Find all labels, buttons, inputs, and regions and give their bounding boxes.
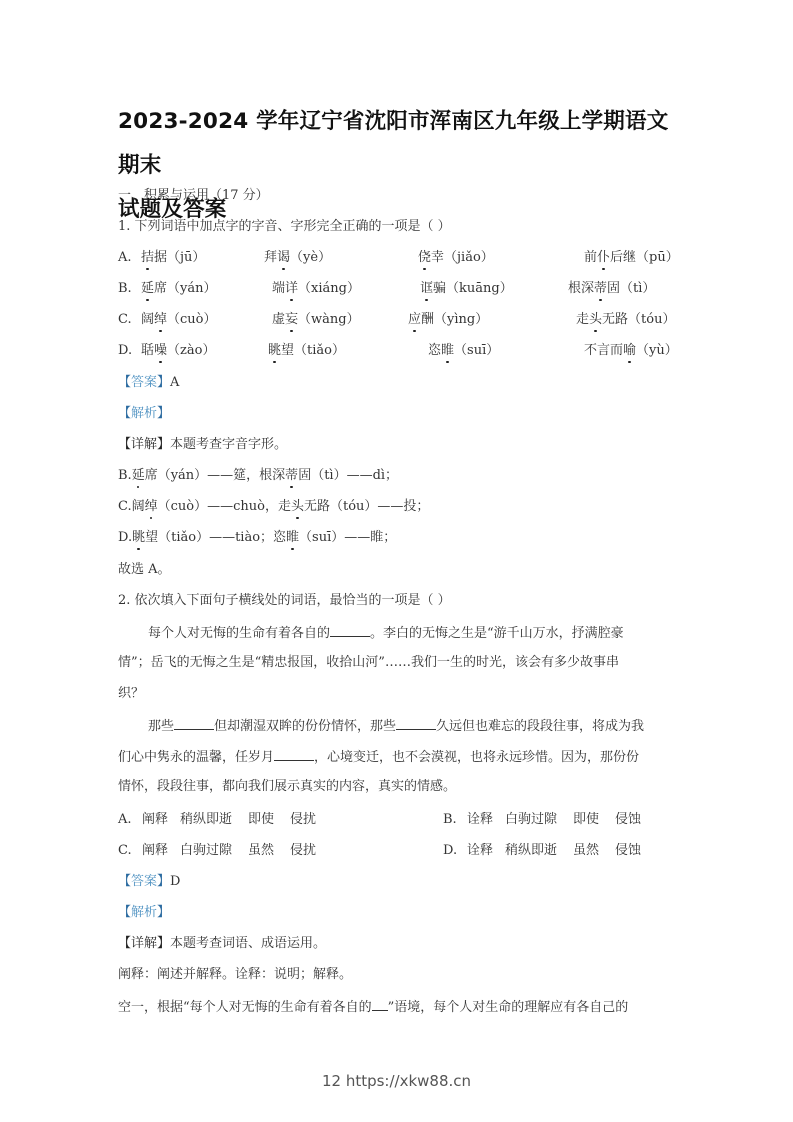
option-word: 延席（yán）	[141, 280, 216, 298]
inline-blank	[372, 997, 388, 1011]
option-word: 阐释	[142, 842, 168, 860]
option-word: 侵蚀	[615, 811, 641, 829]
q2-stem: 2. 依次填入下面句子横线处的词语，最恰当的一项是（ ）	[118, 592, 451, 610]
option-word: 白驹过隙	[180, 842, 232, 860]
option-word: 侵扰	[290, 842, 316, 860]
option-word: 稍纵即逝	[505, 842, 557, 860]
answer-tag: 【答案】	[118, 375, 170, 390]
emphasis-dot-char: 延	[132, 468, 145, 483]
answer-value: D	[170, 874, 180, 889]
option-word: 侥幸（jiǎo）	[418, 249, 494, 267]
option-word: 诠释	[467, 842, 493, 860]
option-word: 虽然	[573, 842, 599, 860]
emphasis-dot-char: 眺	[268, 343, 281, 358]
section-heading: 一、积累与运用（17 分）	[118, 187, 269, 205]
detail-line: D.眺望（tiǎo）——tiào；恣睢（suī）——睢；	[118, 529, 396, 547]
emphasis-dot-char: 绰	[145, 499, 158, 514]
emphasis-dot-char: 喻	[623, 343, 636, 358]
fill-blank-1	[330, 623, 370, 637]
q1-conclusion: 故选 A。	[118, 561, 171, 579]
title-line-1: 2023-2024 学年辽宁省沈阳市浑南区九年级上学期语文期末	[118, 100, 688, 188]
q2-analysis-tag: 【解析】	[118, 904, 170, 922]
option-word: 阔绰（cuò）	[141, 311, 217, 329]
option-word: 虽然	[248, 842, 274, 860]
option-word: 应酬（yìng）	[408, 311, 488, 329]
option-label: A.	[118, 811, 132, 829]
option-word: 侵扰	[290, 811, 316, 829]
option-word: 走头无路（tóu）	[576, 311, 675, 329]
option-label: B.	[443, 811, 457, 829]
emphasis-dot-char: 仆	[597, 250, 610, 265]
emphasis-dot-char: 蒂	[594, 281, 607, 296]
emphasis-dot-char: 侥	[418, 250, 431, 265]
q2-para1-line2: 情”；岳飞的无悔之生是“精忠报国，收拾山河”……我们一生的时光，该会有多少故事串	[118, 654, 619, 672]
option-word: 白驹过隙	[505, 811, 557, 829]
option-label: A.	[118, 249, 132, 267]
emphasis-dot-char: 详	[285, 281, 298, 296]
detail-line: C.阔绰（cuò）——chuò，走头无路（tóu）——投；	[118, 498, 429, 516]
fill-blank-4	[274, 747, 314, 761]
emphasis-dot-char: 睢	[286, 530, 299, 545]
option-word: 不言而喻（yù）	[584, 342, 678, 360]
emphasis-dot-char: 睢	[441, 343, 454, 358]
option-word: 根深蒂固（tì）	[568, 280, 655, 298]
q2-blank1-analysis: 空一，根据“每个人对无悔的生命有着各自的”语境，每个人对生命的理解应有各自己的	[118, 997, 628, 1017]
fill-blank-3	[396, 716, 436, 730]
emphasis-dot-char: 妄	[285, 312, 298, 327]
option-word: 端详（xiáng）	[272, 280, 360, 298]
q2-para2-line3: 情怀，段段往事，都向我们展示真实的内容，真实的情感。	[118, 778, 456, 796]
option-label: C.	[118, 842, 132, 860]
q1-stem: 1. 下列词语中加点字的字音、字形完全正确的一项是（ ）	[118, 218, 451, 236]
option-word: 即使	[573, 811, 599, 829]
emphasis-dot-char: 拮	[141, 250, 154, 265]
answer-value: A	[170, 375, 179, 390]
emphasis-dot-char: 头	[589, 312, 602, 327]
document-title: 2023-2024 学年辽宁省沈阳市浑南区九年级上学期语文期末 试题及答案	[118, 100, 688, 232]
q1-answer: 【答案】A	[118, 374, 179, 392]
option-word: 诠释	[467, 811, 493, 829]
option-word: 聒噪（zào）	[141, 342, 215, 360]
page-footer: 12 https://xkw88.cn	[0, 1072, 793, 1090]
emphasis-dot-char: 谒	[277, 250, 290, 265]
option-word: 拜谒（yè）	[264, 249, 331, 267]
option-label: C.	[118, 311, 132, 329]
option-label: B.	[118, 280, 132, 298]
option-word: 前仆后继（pū）	[584, 249, 679, 267]
option-word: 拮据（jū）	[141, 249, 205, 267]
q2-answer: 【答案】D	[118, 873, 180, 891]
footer-url[interactable]: https://xkw88.cn	[346, 1072, 471, 1090]
emphasis-dot-char: 应	[408, 312, 421, 327]
q1-detail: 【详解】本题考查字音字形。	[118, 436, 287, 454]
detail-line: B.延席（yán）——筵，根深蒂固（tì）——dì；	[118, 467, 398, 485]
q1-analysis-tag: 【解析】	[118, 405, 170, 423]
emphasis-dot-char: 蒂	[285, 468, 298, 483]
q2-definitions: 阐释：阐述并解释。诠释：说明；解释。	[118, 966, 352, 984]
emphasis-dot-char: 绰	[154, 312, 167, 327]
q2-para2-line2: 们心中隽永的温馨，任岁月，心境变迁，也不会漠视，也将永远珍惜。因为，那份份	[118, 747, 639, 767]
option-word: 虚妄（wàng）	[272, 311, 360, 329]
q2-para2-line1: 那些但却潮湿双眸的份份情怀，那些久远但也难忘的段段往事，将成为我	[148, 716, 644, 736]
option-word: 恣睢（suī）	[428, 342, 499, 360]
q2-detail: 【详解】本题考查词语、成语运用。	[118, 935, 326, 953]
option-word: 眺望（tiǎo）	[268, 342, 345, 360]
option-word: 即使	[248, 811, 274, 829]
emphasis-dot-char: 延	[141, 281, 154, 296]
emphasis-dot-char: 诓	[420, 281, 433, 296]
answer-tag: 【答案】	[118, 874, 170, 889]
emphasis-dot-char: 噪	[154, 343, 167, 358]
option-word: 稍纵即逝	[180, 811, 232, 829]
option-word: 阐释	[142, 811, 168, 829]
q2-para1-line1: 每个人对无悔的生命有着各自的。李白的无悔之生是“游千山万水，抒满腔豪	[148, 623, 624, 643]
option-word: 侵蚀	[615, 842, 641, 860]
option-word: 诓骗（kuāng）	[420, 280, 513, 298]
option-label: D.	[443, 842, 457, 860]
q2-para1-line3: 织？	[118, 685, 144, 703]
emphasis-dot-char: 眺	[132, 530, 145, 545]
emphasis-dot-char: 头	[291, 499, 304, 514]
page-number: 12	[322, 1072, 341, 1090]
option-label: D.	[118, 342, 132, 360]
fill-blank-2	[174, 716, 214, 730]
